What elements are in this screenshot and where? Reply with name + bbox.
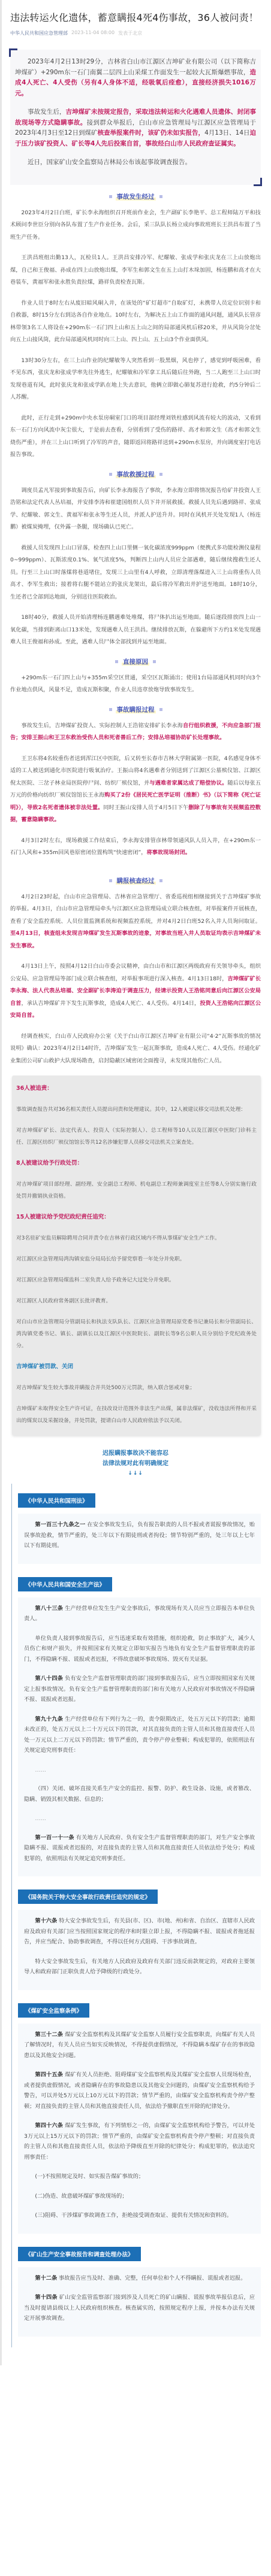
article-text: 矿山安全监管监察部门接到涉及人员死亡的矿山瞒报、谎报事故举报信息后，应当及时提请… bbox=[24, 2294, 255, 2322]
article-body: 事故发生经过 2023年4月2日白班，矿长李永海组织召开班前作业会，生产副矿长李… bbox=[10, 192, 261, 1068]
law-article: 第四十五条 煤矿有关人员拒绝、阻碍煤矿安全监察机构及其煤矿安全监察人员现场检查，… bbox=[24, 2070, 255, 2112]
accountability-heading: 36人被追责： bbox=[16, 1083, 257, 1095]
body-paragraph: 13时30分左右，在三上山作业的纪耀敏等人突然看到一股黑烟，风也停了，感觉到呼吸… bbox=[10, 355, 261, 404]
law-article: 第九十九条 生产经营单位有下列行为之一的，责令限期改正，处五万元以下的罚款；逾期… bbox=[24, 1714, 255, 1756]
law-title-badge: 《国务院关于特大安全事故行政责任追究的规定》 bbox=[18, 1890, 158, 1904]
section-heading: 事故发生经过 bbox=[10, 192, 261, 201]
body-paragraph: 4月13日上午，按照4月12日白山市委会议精神，由白山市和江源区两级政府有关领导… bbox=[10, 961, 261, 1022]
law-article: …… bbox=[24, 1813, 255, 1824]
law-articles-box: 第十六条 特大安全事故发生后，有关县(市、区)、市(地、州)和省、自治区、直辖市… bbox=[18, 1910, 261, 1990]
callout-line: 法律法规对此有明确规定 bbox=[10, 1459, 261, 1469]
body-paragraph: +290m东一石门四上山与+355m采空区贯通，采空区瓦斯涌出；使用1台局部通风… bbox=[10, 672, 261, 697]
accountability-heading: 吉坤煤矿被罚款、关闭 bbox=[16, 1361, 257, 1373]
article-source-link[interactable]: 中华人民共和国应急管理部 bbox=[10, 30, 68, 37]
accountability-paragraph: 对吉坤煤矿矿长、法定代表人、投资人（实际控制人）、总工程师等10人以及江源区中医… bbox=[16, 1125, 257, 1149]
intro-paragraph: 近日，国家矿山安全监察局吉林局公布该起事故调查报告。 bbox=[15, 157, 256, 168]
body-paragraph: 4月2日23时起，白山市应急管理局、吉林省应急管理厅、省委巡视组相继接到关于吉坤… bbox=[10, 891, 261, 953]
article-text: (三)阻碍、干涉煤矿事故调查工作，拒绝接受调查取证、提供有关情况和资料的。 bbox=[35, 2212, 232, 2219]
law-title-badge: 《中华人民共和国安全生产法》 bbox=[18, 1577, 112, 1591]
down-arrows-icon: ↓↓↓ bbox=[10, 1469, 261, 1479]
law-article: （四）关闭、破坏直接关系生产安全的监控、报警、防护、救生设备、设施，或者篡改、隐… bbox=[24, 1784, 255, 1805]
body-paragraph: 救援人员发现四上山口冒落，检查四上山口里侧一氧化碳浓度999ppm（便携式多功能… bbox=[10, 542, 261, 604]
accountability-paragraph: 对吉坤煤矿发生较大事故并瞒报合并共处500万元罚款，纳入联合惩戒对象； bbox=[16, 1382, 257, 1394]
article-number: 第八十四条 bbox=[35, 1675, 63, 1682]
body-paragraph: 2023年4月2日白班，矿长李永海组织召开班前作业会，生产副矿长李艳平、总工程师… bbox=[10, 207, 261, 244]
accountability-paragraph: 吉坤煤矿未取得安全生产许可证，在技改设计范围外非法生产出煤，属非法煤矿，没收违法… bbox=[16, 1403, 257, 1427]
law-article: 特大安全事故发生后，有关地方人民政府及政府有关部门违反前款规定的，对政府主要领导… bbox=[24, 1957, 255, 1977]
intro-summary-box: 2023年4月2日13时29分，吉林省白山市江源区吉坤矿业有限公司（以下简称吉坤… bbox=[10, 50, 261, 185]
section-heading: 直接原因 bbox=[10, 657, 261, 666]
accountability-paragraph: 对白山市应急管理局分管副局长和执法支队队长、江源区应急管理局原党委书记兼局长和分… bbox=[16, 1316, 257, 1352]
article-text: …… bbox=[35, 1815, 46, 1822]
article-number: 第四十五条 bbox=[35, 2071, 63, 2078]
article-number: 第八十三条 bbox=[35, 1605, 63, 1612]
accountability-box: 36人被追责： 事故调查报告共对36名相关责任人员提出问责和处理建议。其中，12… bbox=[12, 1076, 261, 1435]
article-number: 第一百一十一条 bbox=[35, 1834, 74, 1841]
article-text: 事故报告应当及时、准确、完整，任何单位和个人不得瞒报、谎报或者迟报。 bbox=[57, 2275, 246, 2282]
article-meta: 中华人民共和国应急管理部 2023-11-04 08:00 发表于北京 bbox=[10, 30, 261, 37]
callout-line: 迟报瞒报事故决不能容忍 bbox=[10, 1448, 261, 1459]
accountability-paragraph: 对江源区应急管理局湾沟镇安监分局局长给予留党察看一年处分并免职。 bbox=[16, 1253, 257, 1265]
accountability-paragraph: 对3名驻矿安监员解除聘用合同并责令在吉林省行政区域内不得从事煤矿安全生产工作。 bbox=[16, 1232, 257, 1244]
corner-bracket-icon bbox=[254, 178, 262, 186]
article-text: （四）关闭、破坏直接关系生产安全的监控、报警、防护、救生设备、设施，或者篡改、隐… bbox=[24, 1785, 255, 1803]
accountability-heading: 15人被建议给予党纪政纪责任追究： bbox=[16, 1211, 257, 1223]
accountability-paragraph: 对江源区应急管理局煤监科二室负责人给予政务记大过处分并免职。 bbox=[16, 1274, 257, 1286]
law-article: (三)阻碍、干涉煤矿事故调查工作，拒绝接受调查取证、提供有关情况和资料的。 bbox=[24, 2210, 255, 2221]
law-article: 第十四条 矿山安全监管监察部门接到涉及人员死亡的矿山瞒报、谎报事故举报信息后，应… bbox=[24, 2292, 255, 2324]
law-article: 第八十四条 负有安全生产监督管理职责的部门接到事故报告后，应当立即按照国家有关规… bbox=[24, 1673, 255, 1705]
page-left-border bbox=[0, 0, 2, 2365]
accountability-heading: 8人被建议给予行政处罚： bbox=[16, 1158, 257, 1169]
article-number: 第十六条 bbox=[35, 1918, 57, 1924]
accountability-paragraph: 对江源区人民政府常务副区长批评教育。 bbox=[16, 1295, 257, 1307]
laws-section: 《中华人民共和国刑法》第一百三十九条之一 在安全事故发生后，负有报告职责的人员不… bbox=[11, 1484, 261, 2347]
law-article: (一)不按照规定及时、如实报告煤矿事故的； bbox=[24, 2171, 255, 2182]
article-text: (二)伪造、故意破坏煤矿事故现场的； bbox=[35, 2193, 127, 2200]
law-articles-box: 第一百三十九条之一 在安全事故发生后，负有报告职责的人员不报或者谎报事故情况，贻… bbox=[18, 1514, 261, 1564]
body-paragraph: 经调查核实，白山市人民政府办公室《关于白山市江源区吉坤矿业有限公司“4·2”瓦斯… bbox=[10, 1031, 261, 1068]
body-paragraph: 事故发生后，吉坤煤矿投资人、实际控制人王浩铭安排矿长李永海自行组织救援，不向应急… bbox=[10, 720, 261, 745]
section-heading: 瞒报核查经过 bbox=[10, 876, 261, 885]
law-article: 第一百一十一条 有关地方人民政府、负有安全生产监督管理职责的部门，对生产安全事故… bbox=[24, 1833, 255, 1864]
law-article: (二)伪造、故意破坏煤矿事故现场的； bbox=[24, 2191, 255, 2202]
laws-callout: 迟报瞒报事故决不能容忍 法律法规对此有明确规定 ↓↓↓ bbox=[10, 1448, 261, 1479]
article-page: 违法转运火化遗体，蓄意瞒报4死4伤事故，36人被问责！ 中华人民共和国应急管理部… bbox=[0, 0, 271, 2365]
section-heading: 事故瞒报过程 bbox=[10, 705, 261, 714]
law-article: 单位负责人接到事故报告后，应当迅速采取有效措施，组织抢救，防止事故扩大，减少人员… bbox=[24, 1633, 255, 1665]
body-paragraph: 此时，正行走到+290m中央水泵房硐室门口的项目部经理刘铁柱感到风流有较大的波动… bbox=[10, 412, 261, 461]
article-date: 2023-11-04 08:00 bbox=[71, 30, 115, 37]
body-paragraph: 4月3日2时左右，现场救援工作结束后，李永海安排管彦林带领通风队人员入井，在+2… bbox=[10, 835, 261, 859]
law-article: …… bbox=[24, 1765, 255, 1776]
law-article: 第十六条 特大安全事故发生后，有关县(市、区)、市(地、州)和省、自治区、直辖市… bbox=[24, 1916, 255, 1948]
law-title-badge: 《中华人民共和国刑法》 bbox=[18, 1493, 95, 1508]
article-text: 单位负责人接到事故报告后，应当迅速采取有效措施，组织抢救，防止事故扩大，减少人员… bbox=[24, 1635, 255, 1663]
intro-paragraph: 事故发生后，吉坤煤矿未按规定报告，采取违法转运和火化遇难人员遗体、封闭事故现场等… bbox=[15, 107, 256, 149]
law-title-badge: 《煤矿安全监察条例》 bbox=[18, 2003, 89, 2018]
corner-bracket-icon bbox=[9, 48, 17, 57]
article-number: 第三十二条 bbox=[35, 2031, 63, 2038]
article-location: 发表于北京 bbox=[118, 30, 142, 37]
article-text: 特大安全事故发生后，有关县(市、区)、市(地、州)和省、自治区、直辖市人民政府及… bbox=[24, 1918, 255, 1945]
article-title: 违法转运火化遗体，蓄意瞒报4死4伤事故，36人被问责！ bbox=[10, 11, 261, 25]
body-paragraph: 作业人员于8时左右从废旧暗风硐入井，在该处的“矿灯超市”自取矿灯，未携带人员定位… bbox=[10, 297, 261, 347]
body-paragraph: 王洪昌班组出勤13人，瓦检员1人。王洪昌安排冷军、纪耀敏、张成学和张庆龙在三上山… bbox=[10, 252, 261, 289]
law-article: 第八十三条 生产经营单位发生生产安全事故后，事故现场有关人员应当立即报告本单位负… bbox=[24, 1603, 255, 1624]
article-number: 第一百三十九条之一 bbox=[35, 1521, 85, 1528]
law-title-badge: 《矿山生产安全事故报告和调查处理办法》 bbox=[18, 2247, 141, 2261]
body-paragraph: 18时40分，救援人员开始清理杨连鹏遇难处堆煤，将尸体扒出运至地面。随后逐段排放… bbox=[10, 612, 261, 649]
body-paragraph: 调度员孟凡军接到事故报告后，向矿长李永海报告了事故，李永海立即将情况报告给矿井投… bbox=[10, 485, 261, 534]
article-number: 第四十六条 bbox=[35, 2122, 63, 2129]
article-number: 第十二条 bbox=[35, 2275, 57, 2282]
law-article: 第四十六条 煤矿发生事故，有下列情形之一的，由煤矿安全监察机构给予警告，可以并处… bbox=[24, 2121, 255, 2162]
article-text: 特大安全事故发生后，有关地方人民政府及政府有关部门违反前款规定的，对政府主要领导… bbox=[24, 1958, 255, 1976]
section-heading: 事故救援过程 bbox=[10, 470, 261, 479]
body-paragraph: 王卫东将4名较重伤者送到浑江区中医院，后又转至长春市吉林大学附属第一医院，4名感… bbox=[10, 753, 261, 827]
accountability-paragraph: 对吉坤煤矿项目部经理、副经理、安全副总工程师、机电副总工程师兼调度室主任等8人分… bbox=[16, 1178, 257, 1202]
article-number: 第十四条 bbox=[35, 2294, 57, 2301]
intro-paragraph: 2023年4月2日13时29分，吉林省白山市江源区吉坤矿业有限公司（以下简称吉坤… bbox=[15, 57, 256, 99]
law-articles-box: 第十二条 事故报告应当及时、准确、完整，任何单位和个人不得瞒报、谎报或者迟报。第… bbox=[18, 2267, 261, 2337]
article-number: 第九十九条 bbox=[35, 1716, 63, 1723]
law-article: 第三十二条 煤矿安全监察机构及其煤矿安全监察人员履行安全监察职责，向煤矿有关人员… bbox=[24, 2030, 255, 2061]
law-article: 第一百三十九条之一 在安全事故发生后，负有报告职责的人员不报或者谎报事故情况，贻… bbox=[24, 1520, 255, 1551]
article-text: …… bbox=[35, 1767, 46, 1773]
accountability-paragraph: 事故调查报告共对36名相关责任人员提出问责和处理建议。其中，12人被建议移交司法… bbox=[16, 1104, 257, 1116]
article-text: (一)不按照规定及时、如实报告煤矿事故的； bbox=[35, 2173, 144, 2180]
law-article: 第十二条 事故报告应当及时、准确、完整，任何单位和个人不得瞒报、谎报或者迟报。 bbox=[24, 2273, 255, 2284]
law-articles-box: 第三十二条 煤矿安全监察机构及其煤矿安全监察人员履行安全监察职责，向煤矿有关人员… bbox=[18, 2024, 261, 2234]
law-articles-box: 第八十三条 生产经营单位发生生产安全事故后，事故现场有关人员应当立即报告本单位负… bbox=[18, 1597, 261, 1877]
